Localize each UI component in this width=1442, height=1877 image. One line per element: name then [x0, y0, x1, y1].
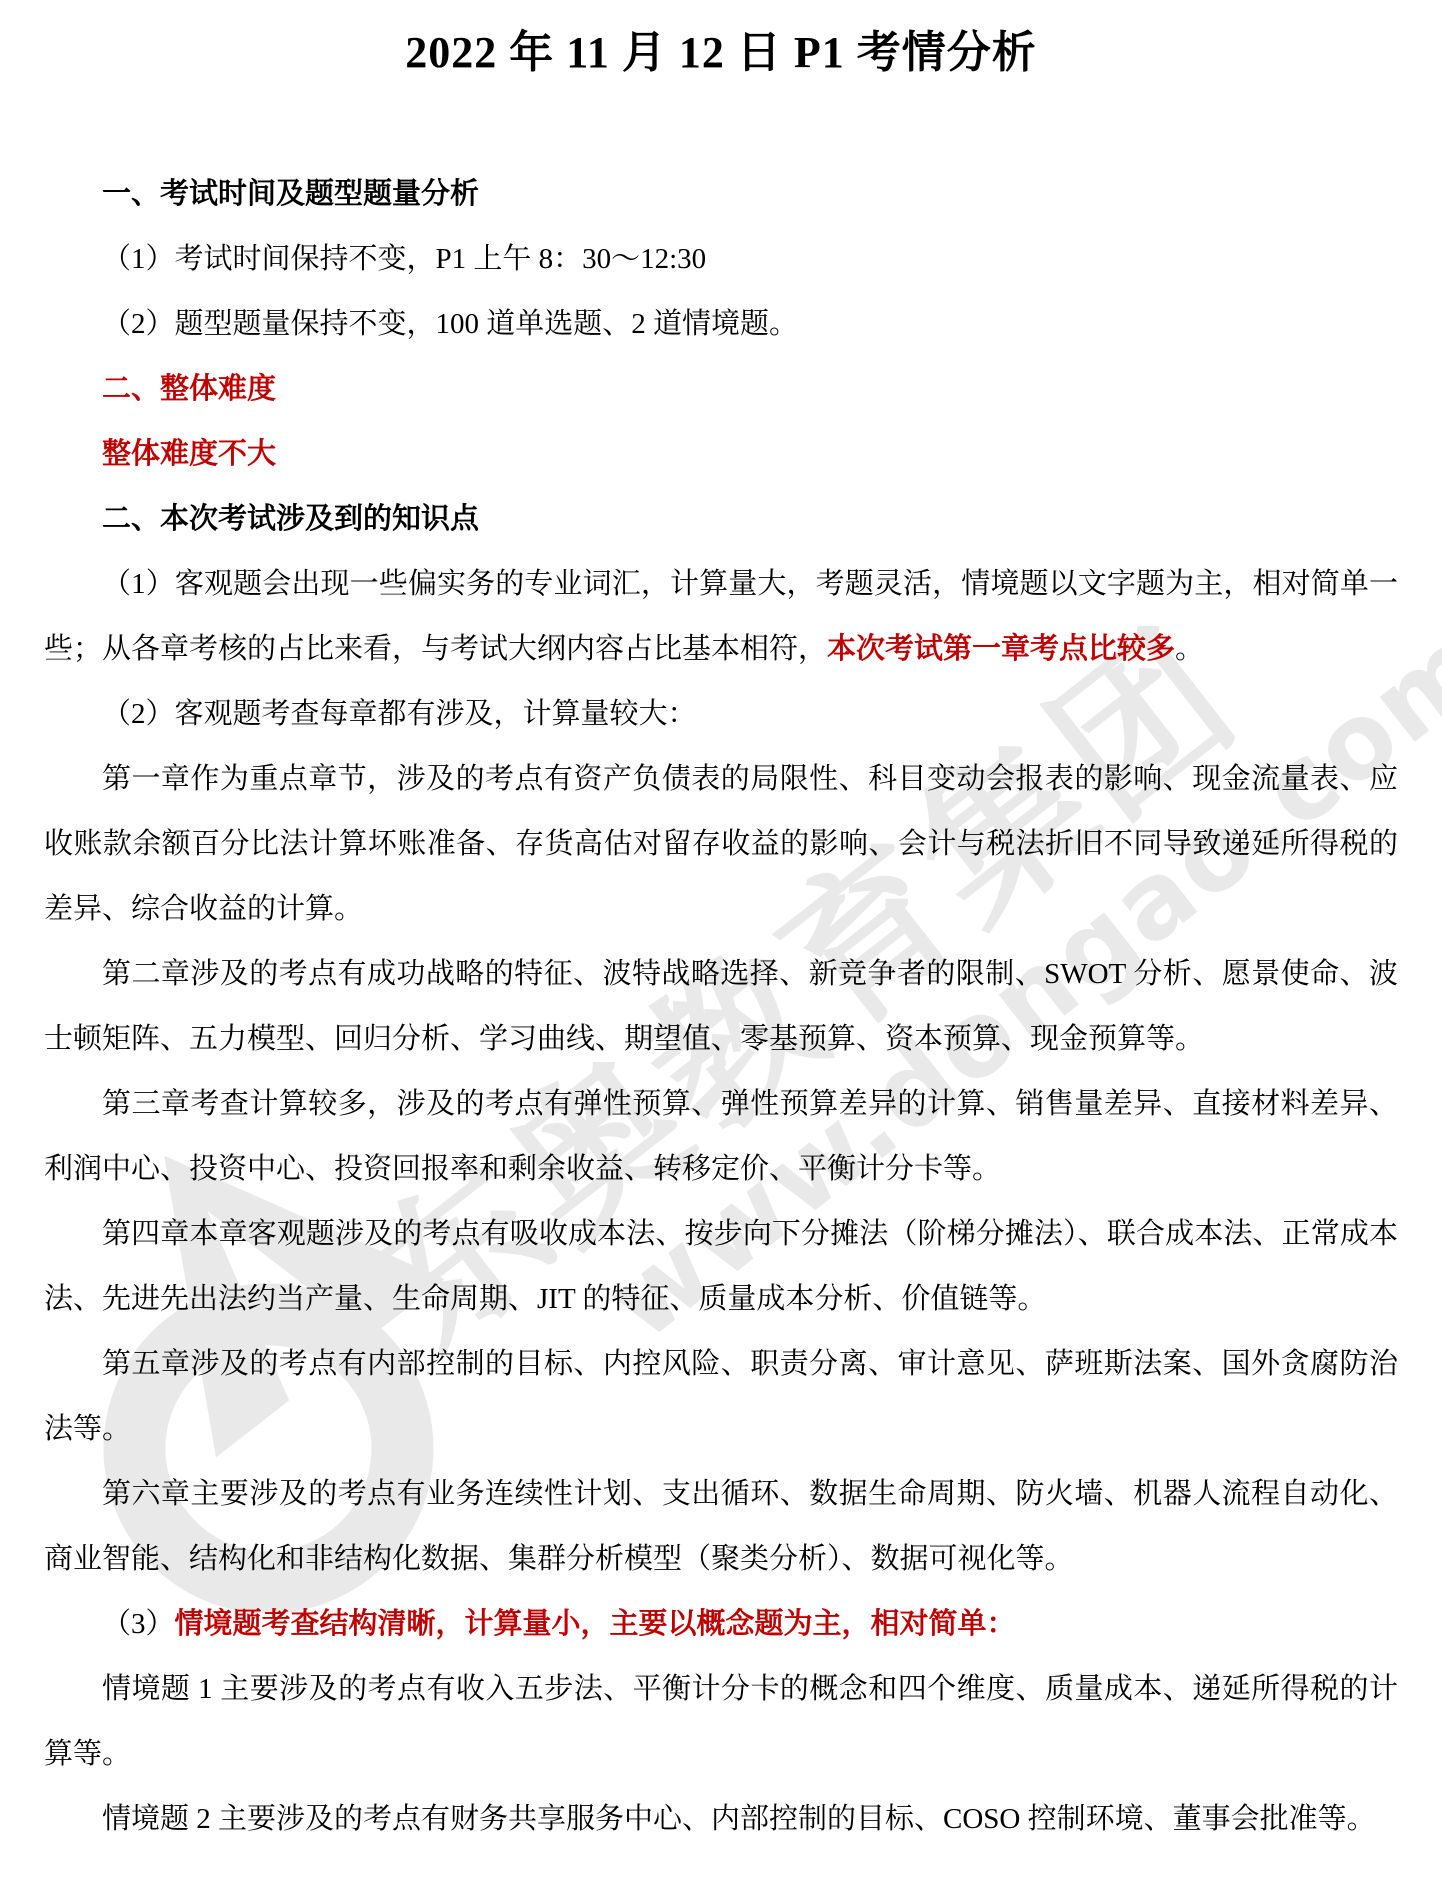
- heading-overall-difficulty: 二、整体难度: [44, 357, 1398, 422]
- para-scenario-1: 情境题 1 主要涉及的考点有收入五步法、平衡计分卡的概念和四个维度、质量成本、递…: [44, 1657, 1398, 1787]
- text-segment: 情境题考查结构清晰，计算量小，主要以概念题为主，相对简单：: [175, 1608, 1016, 1640]
- text-segment: 情境题 1 主要涉及的考点有收入五步法、平衡计分卡的概念和四个维度、质量成本、递…: [44, 1673, 1398, 1770]
- text-segment: 第三章考查计算较多，涉及的考点有弹性预算、弹性预算差异的计算、销售量差异、直接材…: [44, 1088, 1398, 1185]
- text-segment: （2）题型题量保持不变，100 道单选题、2 道情境题。: [102, 308, 798, 340]
- para-objective-overview: （1）客观题会出现一些偏实务的专业词汇，计算量大，考题灵活，情境题以文字题为主，…: [44, 552, 1398, 682]
- text-segment: 第二章涉及的考点有成功战略的特征、波特战略选择、新竞争者的限制、SWOT 分析、…: [44, 958, 1398, 1055]
- text-segment: 第一章作为重点章节，涉及的考点有资产负债表的局限性、科目变动会报表的影响、现金流…: [44, 763, 1398, 925]
- para-scenario-overview: （3）情境题考查结构清晰，计算量小，主要以概念题为主，相对简单：: [44, 1592, 1398, 1657]
- document-title: 2022 年 11 月 12 日 P1 考情分析: [0, 22, 1442, 84]
- text-segment: （1）考试时间保持不变，P1 上午 8：30～12:30: [102, 243, 706, 275]
- text-segment: 二、整体难度: [102, 373, 276, 405]
- heading-knowledge-points: 二、本次考试涉及到的知识点: [44, 487, 1398, 552]
- document-body: 一、考试时间及题型题量分析（1）考试时间保持不变，P1 上午 8：30～12:3…: [0, 162, 1442, 1852]
- para-chapter-3: 第三章考查计算较多，涉及的考点有弹性预算、弹性预算差异的计算、销售量差异、直接材…: [44, 1072, 1398, 1202]
- para-exam-time: （1）考试时间保持不变，P1 上午 8：30～12:30: [44, 227, 1398, 292]
- text-segment: 本次考试第一章考点比较多: [827, 633, 1175, 665]
- para-question-types: （2）题型题量保持不变，100 道单选题、2 道情境题。: [44, 292, 1398, 357]
- para-objective-chapters: （2）客观题考查每章都有涉及，计算量较大：: [44, 682, 1398, 747]
- text-segment: （2）客观题考查每章都有涉及，计算量较大：: [102, 698, 697, 730]
- para-chapter-2: 第二章涉及的考点有成功战略的特征、波特战略选择、新竞争者的限制、SWOT 分析、…: [44, 942, 1398, 1072]
- text-segment: （3）: [102, 1608, 175, 1640]
- para-difficulty-note: 整体难度不大: [44, 422, 1398, 487]
- text-segment: 整体难度不大: [102, 438, 276, 470]
- heading-exam-time-types: 一、考试时间及题型题量分析: [44, 162, 1398, 227]
- text-segment: 一、考试时间及题型题量分析: [102, 178, 479, 210]
- document-page: 东奥教育集团 www.dongao.com 2022 年 11 月 12 日 P…: [0, 0, 1442, 1877]
- text-segment: 第四章本章客观题涉及的考点有吸收成本法、按步向下分摊法（阶梯分摊法）、联合成本法…: [44, 1218, 1398, 1315]
- text-segment: 。: [1175, 633, 1204, 665]
- para-chapter-4: 第四章本章客观题涉及的考点有吸收成本法、按步向下分摊法（阶梯分摊法）、联合成本法…: [44, 1202, 1398, 1332]
- text-segment: 第六章主要涉及的考点有业务连续性计划、支出循环、数据生命周期、防火墙、机器人流程…: [44, 1478, 1398, 1575]
- text-segment: 情境题 2 主要涉及的考点有财务共享服务中心、内部控制的目标、COSO 控制环境…: [102, 1803, 1376, 1835]
- para-chapter-6: 第六章主要涉及的考点有业务连续性计划、支出循环、数据生命周期、防火墙、机器人流程…: [44, 1462, 1398, 1592]
- para-scenario-2: 情境题 2 主要涉及的考点有财务共享服务中心、内部控制的目标、COSO 控制环境…: [44, 1787, 1398, 1852]
- para-chapter-5: 第五章涉及的考点有内部控制的目标、内控风险、职责分离、审计意见、萨班斯法案、国外…: [44, 1332, 1398, 1462]
- para-chapter-1: 第一章作为重点章节，涉及的考点有资产负债表的局限性、科目变动会报表的影响、现金流…: [44, 747, 1398, 942]
- text-segment: 二、本次考试涉及到的知识点: [102, 503, 479, 535]
- text-segment: 第五章涉及的考点有内部控制的目标、内控风险、职责分离、审计意见、萨班斯法案、国外…: [44, 1348, 1398, 1445]
